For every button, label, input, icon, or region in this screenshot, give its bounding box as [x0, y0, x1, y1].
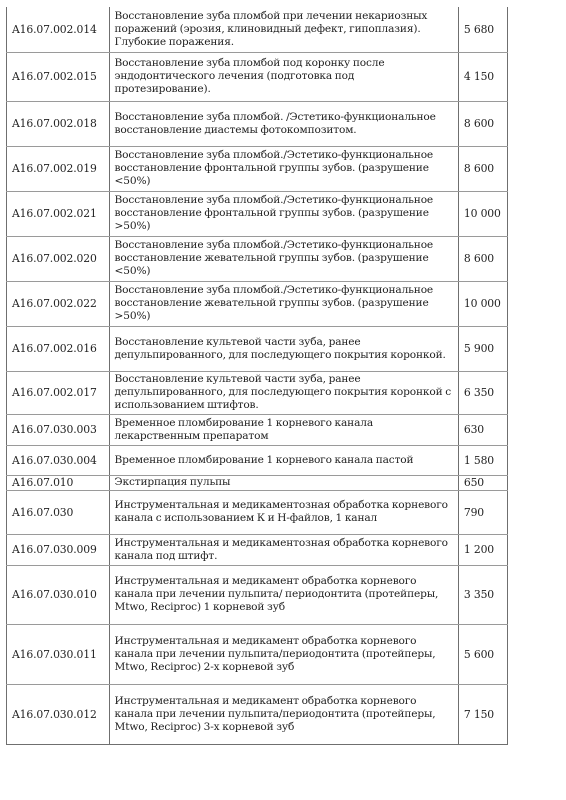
service-description: Инструментальная и медикамент обработка …	[109, 565, 458, 624]
service-description: Инструментальная и медикамент обработка …	[109, 624, 458, 684]
table-row: A16.07.002.017 Восстановление культевой …	[7, 371, 508, 414]
service-code: A16.07.002.016	[7, 326, 110, 371]
service-description: Восстановление зуба пломбой при лечении …	[109, 7, 458, 52]
service-description-text: Инструментальная и медикамент обработка …	[115, 635, 453, 674]
service-description: Восстановление зуба пломбой./Эстетико-фу…	[109, 281, 458, 326]
service-description: Восстановление зуба пломбой./Эстетико-фу…	[109, 191, 458, 236]
service-description-text: Восстановление зуба пломбой при лечении …	[115, 10, 453, 49]
service-price: 10 000	[458, 191, 507, 236]
table-row: A16.07.002.015 Восстановление зуба пломб…	[7, 52, 508, 101]
service-description-text: Инструментальная и медикамент обработка …	[115, 695, 453, 734]
service-description-text: Временное пломбирование 1 корневого кана…	[115, 417, 453, 443]
service-code: A16.07.002.018	[7, 101, 110, 146]
service-price: 6 350	[458, 371, 507, 414]
service-description-text: Восстановление зуба пломбой./Эстетико-фу…	[115, 239, 453, 278]
service-price: 5 600	[458, 624, 507, 684]
table-row: A16.07.002.016 Восстановление культевой …	[7, 326, 508, 371]
service-description: Временное пломбирование 1 корневого кана…	[109, 414, 458, 445]
service-price: 650	[458, 475, 507, 490]
service-code: A16.07.002.017	[7, 371, 110, 414]
service-price: 8 600	[458, 101, 507, 146]
service-price: 790	[458, 490, 507, 534]
service-description-text: Восстановление зуба пломбой./Эстетико-фу…	[115, 284, 453, 323]
service-price: 630	[458, 414, 507, 445]
service-description-text: Экстирпация пульпы	[115, 476, 453, 489]
service-code: A16.07.002.022	[7, 281, 110, 326]
service-description: Восстановление культевой части зуба, ран…	[109, 326, 458, 371]
table-row: A16.07.002.018 Восстановление зуба пломб…	[7, 101, 508, 146]
table-row: A16.07.010 Экстирпация пульпы 650	[7, 475, 508, 490]
table-row: A16.07.030.010 Инструментальная и медика…	[7, 565, 508, 624]
service-description-text: Инструментальная и медикаментозная обраб…	[115, 537, 453, 563]
service-price: 10 000	[458, 281, 507, 326]
price-list-table: A16.07.002.014 Восстановление зуба пломб…	[6, 7, 508, 745]
service-code: A16.07.002.020	[7, 236, 110, 281]
service-price: 3 350	[458, 565, 507, 624]
table-row: A16.07.002.020 Восстановление зуба пломб…	[7, 236, 508, 281]
service-price: 8 600	[458, 146, 507, 191]
service-description: Восстановление культевой части зуба, ран…	[109, 371, 458, 414]
service-code: A16.07.002.019	[7, 146, 110, 191]
service-description-text: Восстановление зуба пломбой. /Эстетико-ф…	[115, 111, 453, 137]
service-description-text: Временное пломбирование 1 корневого кана…	[115, 454, 453, 467]
service-description-text: Восстановление зуба пломбой под коронку …	[115, 57, 453, 96]
service-code: A16.07.002.015	[7, 52, 110, 101]
service-description: Восстановление зуба пломбой. /Эстетико-ф…	[109, 101, 458, 146]
table-row: A16.07.002.021 Восстановление зуба пломб…	[7, 191, 508, 236]
service-price: 4 150	[458, 52, 507, 101]
service-description: Восстановление зуба пломбой под коронку …	[109, 52, 458, 101]
service-code: A16.07.030.009	[7, 534, 110, 565]
service-description: Экстирпация пульпы	[109, 475, 458, 490]
table-row: A16.07.030.009 Инструментальная и медика…	[7, 534, 508, 565]
service-description-text: Инструментальная и медикамент обработка …	[115, 575, 453, 614]
table-row: A16.07.002.022 Восстановление зуба пломб…	[7, 281, 508, 326]
table-row: A16.07.030.011 Инструментальная и медика…	[7, 624, 508, 684]
service-code: A16.07.030.004	[7, 445, 110, 475]
table-row: A16.07.030 Инструментальная и медикамент…	[7, 490, 508, 534]
table-row: A16.07.002.014 Восстановление зуба пломб…	[7, 7, 508, 52]
service-price: 5 900	[458, 326, 507, 371]
service-description-text: Восстановление культевой части зуба, ран…	[115, 336, 453, 362]
service-price: 8 600	[458, 236, 507, 281]
service-description: Инструментальная и медикаментозная обраб…	[109, 490, 458, 534]
service-description: Инструментальная и медикаментозная обраб…	[109, 534, 458, 565]
service-code: A16.07.030	[7, 490, 110, 534]
service-description: Восстановление зуба пломбой./Эстетико-фу…	[109, 236, 458, 281]
service-description: Временное пломбирование 1 корневого кана…	[109, 445, 458, 475]
service-code: A16.07.030.010	[7, 565, 110, 624]
table-row: A16.07.002.019 Восстановление зуба пломб…	[7, 146, 508, 191]
service-price: 5 680	[458, 7, 507, 52]
service-code: A16.07.010	[7, 475, 110, 490]
service-code: A16.07.030.012	[7, 684, 110, 744]
service-description-text: Восстановление культевой части зуба, ран…	[115, 373, 453, 412]
table-row: A16.07.030.012 Инструментальная и медика…	[7, 684, 508, 744]
service-price: 7 150	[458, 684, 507, 744]
service-code: A16.07.002.021	[7, 191, 110, 236]
price-list-body: A16.07.002.014 Восстановление зуба пломб…	[7, 7, 508, 744]
table-row: A16.07.030.004 Временное пломбирование 1…	[7, 445, 508, 475]
service-description: Инструментальная и медикамент обработка …	[109, 684, 458, 744]
table-row: A16.07.030.003 Временное пломбирование 1…	[7, 414, 508, 445]
service-code: A16.07.030.003	[7, 414, 110, 445]
service-description-text: Восстановление зуба пломбой./Эстетико-фу…	[115, 194, 453, 233]
service-price: 1 200	[458, 534, 507, 565]
service-description-text: Восстановление зуба пломбой./Эстетико-фу…	[115, 149, 453, 188]
service-description-text: Инструментальная и медикаментозная обраб…	[115, 499, 453, 525]
service-description: Восстановление зуба пломбой./Эстетико-фу…	[109, 146, 458, 191]
service-code: A16.07.002.014	[7, 7, 110, 52]
service-price: 1 580	[458, 445, 507, 475]
service-code: A16.07.030.011	[7, 624, 110, 684]
